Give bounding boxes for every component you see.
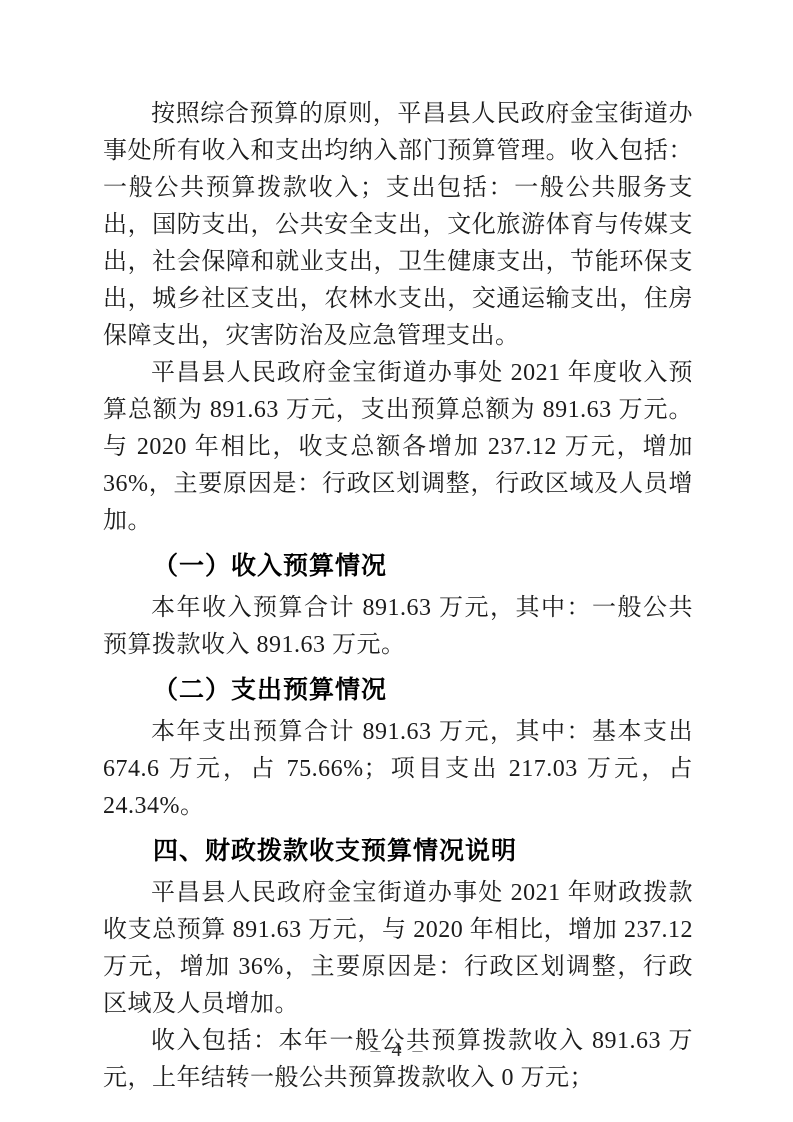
subheading-expenditure-budget: （二）支出预算情况: [103, 672, 693, 709]
subheading-income-budget: （一）收入预算情况: [103, 548, 693, 585]
section-heading-fiscal-appropriation: 四、财政拨款收支预算情况说明: [103, 833, 693, 870]
paragraph-fiscal-appropriation: 平昌县人民政府金宝街道办事处 2021 年财政拨款收支总预算 891.63 万元…: [103, 875, 693, 1023]
document-body: 按照综合预算的原则，平昌县人民政府金宝街道办事处所有收入和支出均纳入部门预算管理…: [103, 96, 693, 1097]
document-page: 按照综合预算的原则，平昌县人民政府金宝街道办事处所有收入和支出均纳入部门预算管理…: [0, 0, 793, 1122]
footer-left-dash: –: [371, 1039, 381, 1061]
paragraph-income-budget: 本年收入预算合计 891.63 万元，其中：一般公共预算拨款收入 891.63 …: [103, 590, 693, 664]
paragraph-budget-overview: 按照综合预算的原则，平昌县人民政府金宝街道办事处所有收入和支出均纳入部门预算管理…: [103, 96, 693, 355]
paragraph-budget-totals: 平昌县人民政府金宝街道办事处 2021 年度收入预算总额为 891.63 万元，…: [103, 355, 693, 540]
page-number-footer: –4–: [0, 1038, 793, 1062]
page-number: 4: [392, 1039, 402, 1061]
paragraph-expenditure-budget: 本年支出预算合计 891.63 万元，其中：基本支出 674.6 万元，占 75…: [103, 714, 693, 825]
footer-right-dash: –: [413, 1039, 423, 1061]
